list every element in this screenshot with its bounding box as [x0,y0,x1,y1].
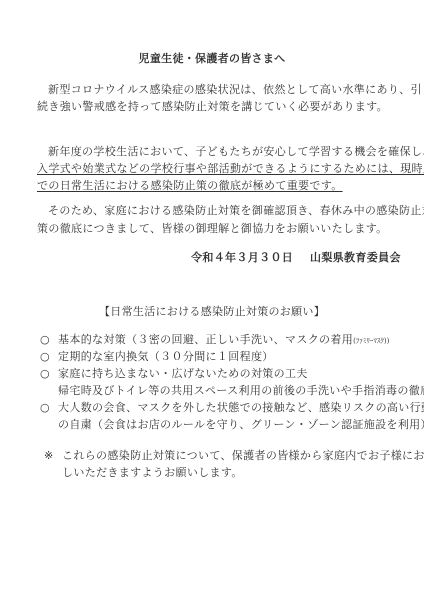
reference-mark-icon: ※ [44,449,62,463]
circle-bullet-icon: ○ [40,401,58,415]
measure-item-2-text: 定期的な室内換気（３０分間に１回程度） [58,350,274,363]
paragraph-2-line-1: 新年度の学校生活において、子どもたちが安心して学習する機会を確保し、 [48,145,424,159]
paragraph-2-line-3-underlined: での日常生活における感染防止策の徹底が極めて重要です。 [37,179,343,193]
note-line-2: しいただきますようお願いします。 [62,466,243,480]
paragraph-3-line-2: 策の徹底につきまして、皆様の御理解と御協力をお願いいたします。 [37,222,388,236]
circle-bullet-icon: ○ [40,367,58,381]
signature-date: 令和４年３月３０日 [191,251,293,265]
measure-item-4-continuation: の自粛（会食はお店のルールを守り、グリーン・ゾーン認証施設を利用） [58,418,424,432]
paragraph-1-line-2: 続き強い警戒感を持って感染防止対策を講じていく必要があります。 [37,100,388,114]
document-page: 児童生徒・保護者の皆さまへ 新型コロナウイルス感染症の感染状況は、依然として高い… [0,0,424,600]
measure-item-1-text: 基本的な対策（３密の回避、正しい手洗い、マスクの着用 [58,333,353,346]
signature-issuer: 山梨県教育委員会 [310,251,401,265]
measure-item-1: ○基本的な対策（３密の回避、正しい手洗い、マスクの着用(ﾌｧﾐﾘｰﾏｽｸ)) [40,333,389,348]
measure-item-4-text: 大人数の会食、マスクを外した状態での接触など、感染リスクの高い行動 [58,401,424,414]
paragraph-2-line-2-underlined: 入学式や始業式などの学校行事や部活動ができるようにするためには、現時点 [37,162,424,176]
circle-bullet-icon: ○ [40,333,58,347]
measure-item-3-text: 家庭に持ち込まない・広げないための対策の工夫 [58,367,308,380]
document-title: 児童生徒・保護者の皆さまへ [0,50,424,66]
circle-bullet-icon: ○ [40,350,58,364]
paragraph-1-line-1: 新型コロナウイルス感染症の感染状況は、依然として高い水準にあり、引き [48,83,424,97]
measure-item-3-continuation: 帰宅時及びトイレ等の共用スペース利用の前後の手洗いや手指消毒の徹底 [58,384,424,398]
note-line-1-text: これらの感染防止対策について、保護者の皆様から家庭内でお子様にお話 [62,449,424,462]
measure-item-2: ○定期的な室内換気（３０分間に１回程度） [40,350,274,364]
measure-item-3: ○家庭に持ち込まない・広げないための対策の工夫 [40,367,308,381]
measure-item-1-suffix: (ﾌｧﾐﾘｰﾏｽｸ)) [353,337,389,345]
paragraph-3-line-1: そのため、家庭における感染防止対策を御確認頂き、春休み中の感染防止対 [48,204,424,218]
measure-item-4: ○大人数の会食、マスクを外した状態での接触など、感染リスクの高い行動 [40,401,424,415]
section-heading: 【日常生活における感染防止対策のお願い】 [0,303,424,319]
note-line-1: ※これらの感染防止対策について、保護者の皆様から家庭内でお子様にお話 [44,449,424,463]
